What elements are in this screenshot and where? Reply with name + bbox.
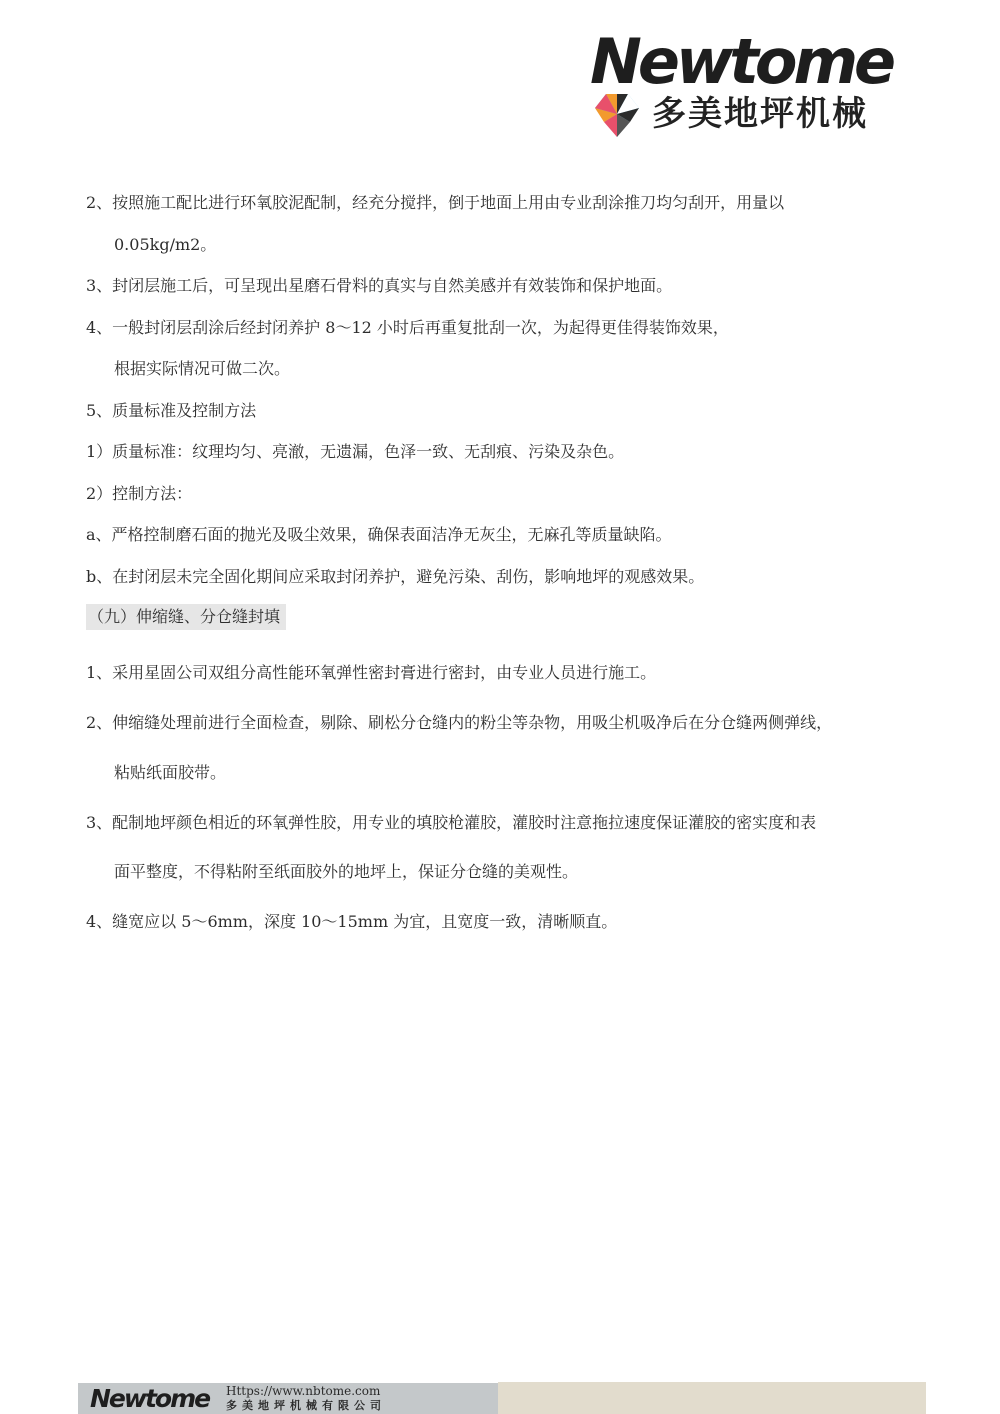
paragraph-line: 3、封闭层施工后，可呈现出星磨石骨料的真实与自然美感并有效装饰和保护地面。 (86, 275, 672, 297)
logo-chinese-name: 多美地坪机械 (652, 94, 868, 134)
paragraph-line: 1、采用星固公司双组分高性能环氧弹性密封膏进行密封，由专业人员进行施工。 (86, 662, 656, 684)
footer-url[interactable]: Https://www.nbtome.com (226, 1385, 380, 1398)
paragraph-line: 2、按照施工配比进行环氧胶泥配制，经充分搅拌，倒于地面上用由专业刮涂推刀均匀刮开… (86, 192, 784, 214)
footer-wordmark: Newtome (90, 1384, 209, 1414)
paragraph-line: 3、配制地坪颜色相近的环氧弹性胶，用专业的填胶枪灌胶，灌胶时注意拖拉速度保证灌胶… (86, 812, 816, 834)
paragraph-line: 0.05kg/m2。 (114, 234, 216, 256)
header-logo: Newtome 多美地坪机械 (590, 30, 890, 145)
paragraph-line: 粘贴纸面胶带。 (114, 762, 226, 784)
footer-color-band (498, 1382, 926, 1414)
paragraph-line: b、在封闭层未完全固化期间应采取封闭养护，避免污染、刮伤，影响地坪的观感效果。 (86, 566, 704, 588)
paragraph-line: 根据实际情况可做二次。 (114, 358, 290, 380)
footer-bar: Newtome Https://www.nbtome.com 多美地坪机械有限公… (78, 1383, 498, 1414)
diamond-gem-icon (592, 90, 642, 140)
paragraph-line: 2、伸缩缝处理前进行全面检查，剔除、刷松分仓缝内的粉尘等杂物，用吸尘机吸净后在分… (86, 712, 832, 734)
paragraph-line: 4、缝宽应以 5～6mm，深度 10～15mm 为宜，且宽度一致，清晰顺直。 (86, 911, 617, 933)
paragraph-line: 1）质量标准：纹理均匀、亮澈，无遗漏，色泽一致、无刮痕、污染及杂色。 (86, 441, 624, 463)
section-heading: （九）伸缩缝、分仓缝封填 (86, 604, 286, 630)
logo-wordmark: Newtome (590, 30, 892, 94)
paragraph-line: 面平整度，不得粘附至纸面胶外的地坪上，保证分仓缝的美观性。 (114, 861, 578, 883)
footer-company-name: 多美地坪机械有限公司 (226, 1399, 386, 1412)
paragraph-line: 2）控制方法： (86, 483, 192, 505)
paragraph-line: 4、一般封闭层刮涂后经封闭养护 8～12 小时后再重复批刮一次，为起得更佳得装饰… (86, 317, 729, 339)
paragraph-line: a、严格控制磨石面的抛光及吸尘效果，确保表面洁净无灰尘，无麻孔等质量缺陷。 (86, 524, 672, 546)
subheading: 5、质量标准及控制方法 (86, 400, 256, 422)
